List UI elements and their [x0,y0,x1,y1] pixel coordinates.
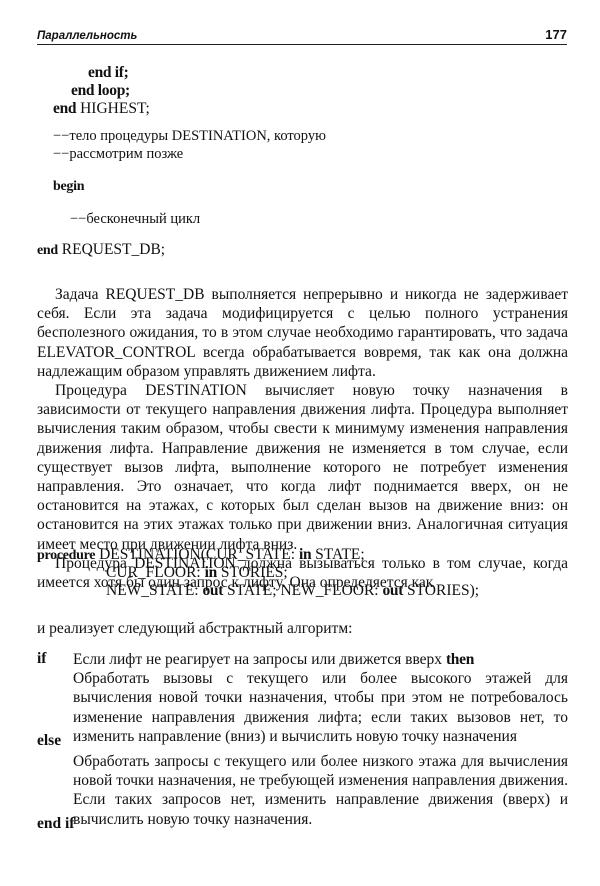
if-branch: Если лифт не реагирует на запросы или дв… [73,650,568,746]
decl-text: NEW_STATE: [106,582,202,599]
keyword-in: in [205,564,217,581]
decl-text: CUR_FLOOR: [106,564,205,581]
keyword-out: out [382,582,403,599]
procedure-decl-line-2: CUR_FLOOR: in STORIES; [106,564,288,582]
paragraph: Задача REQUEST_DB выполняется непрерывно… [37,285,568,381]
paragraph: Процедура DESTINATION вычисляет новую то… [37,381,568,554]
condition-text: Если лифт не реагирует на запросы или дв… [73,651,446,668]
identifier-request-db: REQUEST_DB; [58,241,165,258]
chapter-title: Параллельность [37,30,137,42]
keyword-end-if: end if [37,815,74,833]
code-end-if: end if; [88,64,129,82]
keyword-out: out [202,582,223,599]
running-header: Параллельность 177 [37,22,567,45]
else-body: Обработать запросы с текущего или более … [73,752,568,829]
code-end-highest: end HIGHEST; [53,100,150,118]
decl-text: STORIES; [217,564,288,581]
keyword-end: end [37,243,58,258]
code-comment: −−бесконечный цикл [70,210,200,228]
keyword-in: in [299,546,311,563]
procedure-decl-line-1: procedure DESTINATION(CUR_STATE: in STAT… [37,546,365,565]
keyword-else: else [37,732,61,750]
page-number: 177 [545,27,567,42]
code-begin: begin [53,178,84,196]
if-body: Обработать вызовы с текущего или более в… [73,669,568,746]
keyword-if: if [37,650,46,668]
identifier-highest: HIGHEST; [76,100,150,117]
decl-text: STORIES); [403,582,479,599]
code-end-loop: end loop; [71,82,130,100]
keyword-end: end [53,100,76,117]
procedure-decl-line-3: NEW_STATE: out STATE; NEW_FLOOR: out STO… [106,582,479,600]
code-comment: −−тело процедуры DESTINATION, которую [53,127,326,145]
decl-text: STATE; [311,546,364,563]
decl-text: STATE; NEW_FLOOR: [223,582,382,599]
keyword-then: then [446,651,474,668]
algorithm-intro: и реализует следующий абстрактный алгори… [37,620,352,638]
code-end-request-db: end REQUEST_DB; [37,241,165,260]
decl-text: DESTINATION(CUR_STATE: [95,546,299,563]
if-condition: Если лифт не реагирует на запросы или дв… [73,650,568,669]
keyword-procedure: procedure [37,548,95,563]
code-comment: −−рассмотрим позже [53,145,183,163]
